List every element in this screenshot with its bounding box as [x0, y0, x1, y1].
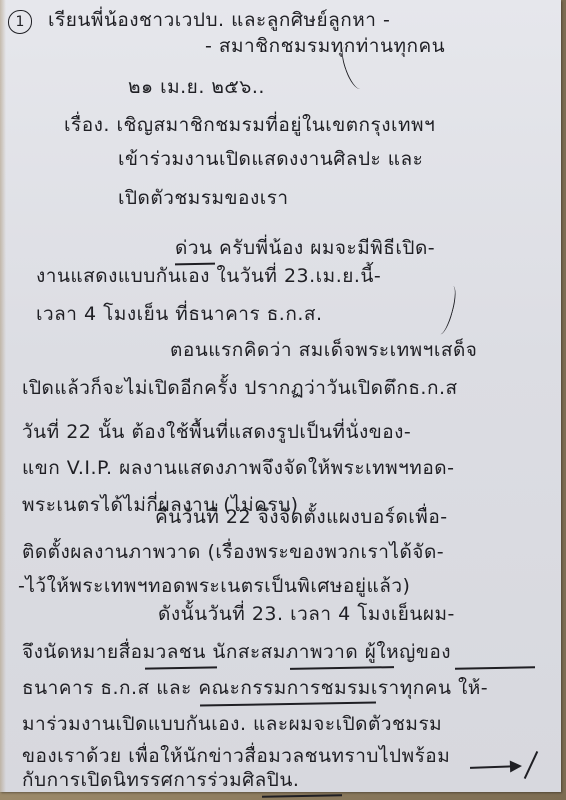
continue-arrow-icon: [470, 765, 520, 769]
letter-line: เวลา 4 โมงเย็น ที่ธนาคาร ธ.ก.ส.: [36, 302, 323, 326]
letter-line: ด่วน ครับพี่น้อง ผมจะมีพิธีเปิด-: [175, 236, 435, 260]
letter-line: กับการเปิดนิทรรศการร่วมศิลปิน.: [22, 768, 299, 792]
letter-line: จึงนัดหมายสื่อมวลชน นักสะสมภาพวาด ผู้ใหญ…: [22, 640, 451, 664]
letter-line: -ไว้ให้พระเทพฯทอดพระเนตรเป็นพิเศษอยู่แล้…: [18, 574, 410, 598]
letter-line: ติดตั้งผลงานภาพวาด (เรื่องพระของพวกเราได…: [22, 540, 444, 564]
letter-line: เข้าร่วมงานเปิดแสดงงานศิลปะ และ: [118, 147, 423, 171]
letter-line: เรื่อง. เชิญสมาชิกชมรมที่อยู่ในเขตกรุงเท…: [64, 113, 435, 137]
handwritten-letter-page: 1 เรียนพี่น้องชาวเวปบ. และลูกศิษย์ลูกหา …: [0, 0, 561, 792]
letter-line: วันที่ 22 นั้น ต้องใช้พื้นที่แสดงรูปเป็น…: [22, 420, 411, 444]
letter-line: เปิดแล้วก็จะไม่เปิดอีกครั้ง ปรากฏว่าวันเ…: [22, 376, 458, 400]
pen-stroke-mark: [524, 751, 538, 779]
underline-mark: [455, 666, 535, 669]
letter-line: ธนาคาร ธ.ก.ส และ คณะกรรมการชมรมเราทุกคน …: [22, 676, 488, 700]
underline-mark: [200, 701, 376, 706]
letter-line: งานแสดงแบบกันเอง ในวันที่ 23.เม.ย.นี้-: [36, 264, 381, 288]
letter-line: - สมาชิกชมรมทุกท่านทุกคน: [205, 34, 445, 58]
letter-line: มาร่วมงานเปิดแบบกันเอง. และผมจะเปิดตัวชม…: [22, 712, 442, 736]
letter-line: แขก V.I.P. ผลงานแสดงภาพจึงจัดให้พระเทพฯท…: [22, 456, 454, 480]
underline-mark: [145, 666, 217, 669]
letter-line: เปิดตัวชมรมของเรา: [118, 186, 289, 210]
letter-line: ๒๑ เม.ย. ๒๕๖..: [128, 75, 265, 99]
letter-line: ของเราด้วย เพื่อให้นักข่าวสื่อมวลชนทราบไ…: [22, 744, 450, 768]
letter-line: เรียนพี่น้องชาวเวปบ. และลูกศิษย์ลูกหา -: [48, 8, 390, 32]
brace-mark-icon: [434, 284, 459, 336]
page-number-circle: 1: [8, 10, 32, 34]
letter-line: ตอนแรกคิดว่า สมเด็จพระเทพฯเสด็จ: [170, 338, 477, 362]
letter-line: คืนวันที่ 22 จึงจัดตั้งแผงบอร์ดเพื่อ-: [155, 505, 448, 529]
underline-mark: [290, 666, 394, 669]
letter-line: ดังนั้นวันที่ 23. เวลา 4 โมงเย็นผม-: [158, 602, 455, 626]
